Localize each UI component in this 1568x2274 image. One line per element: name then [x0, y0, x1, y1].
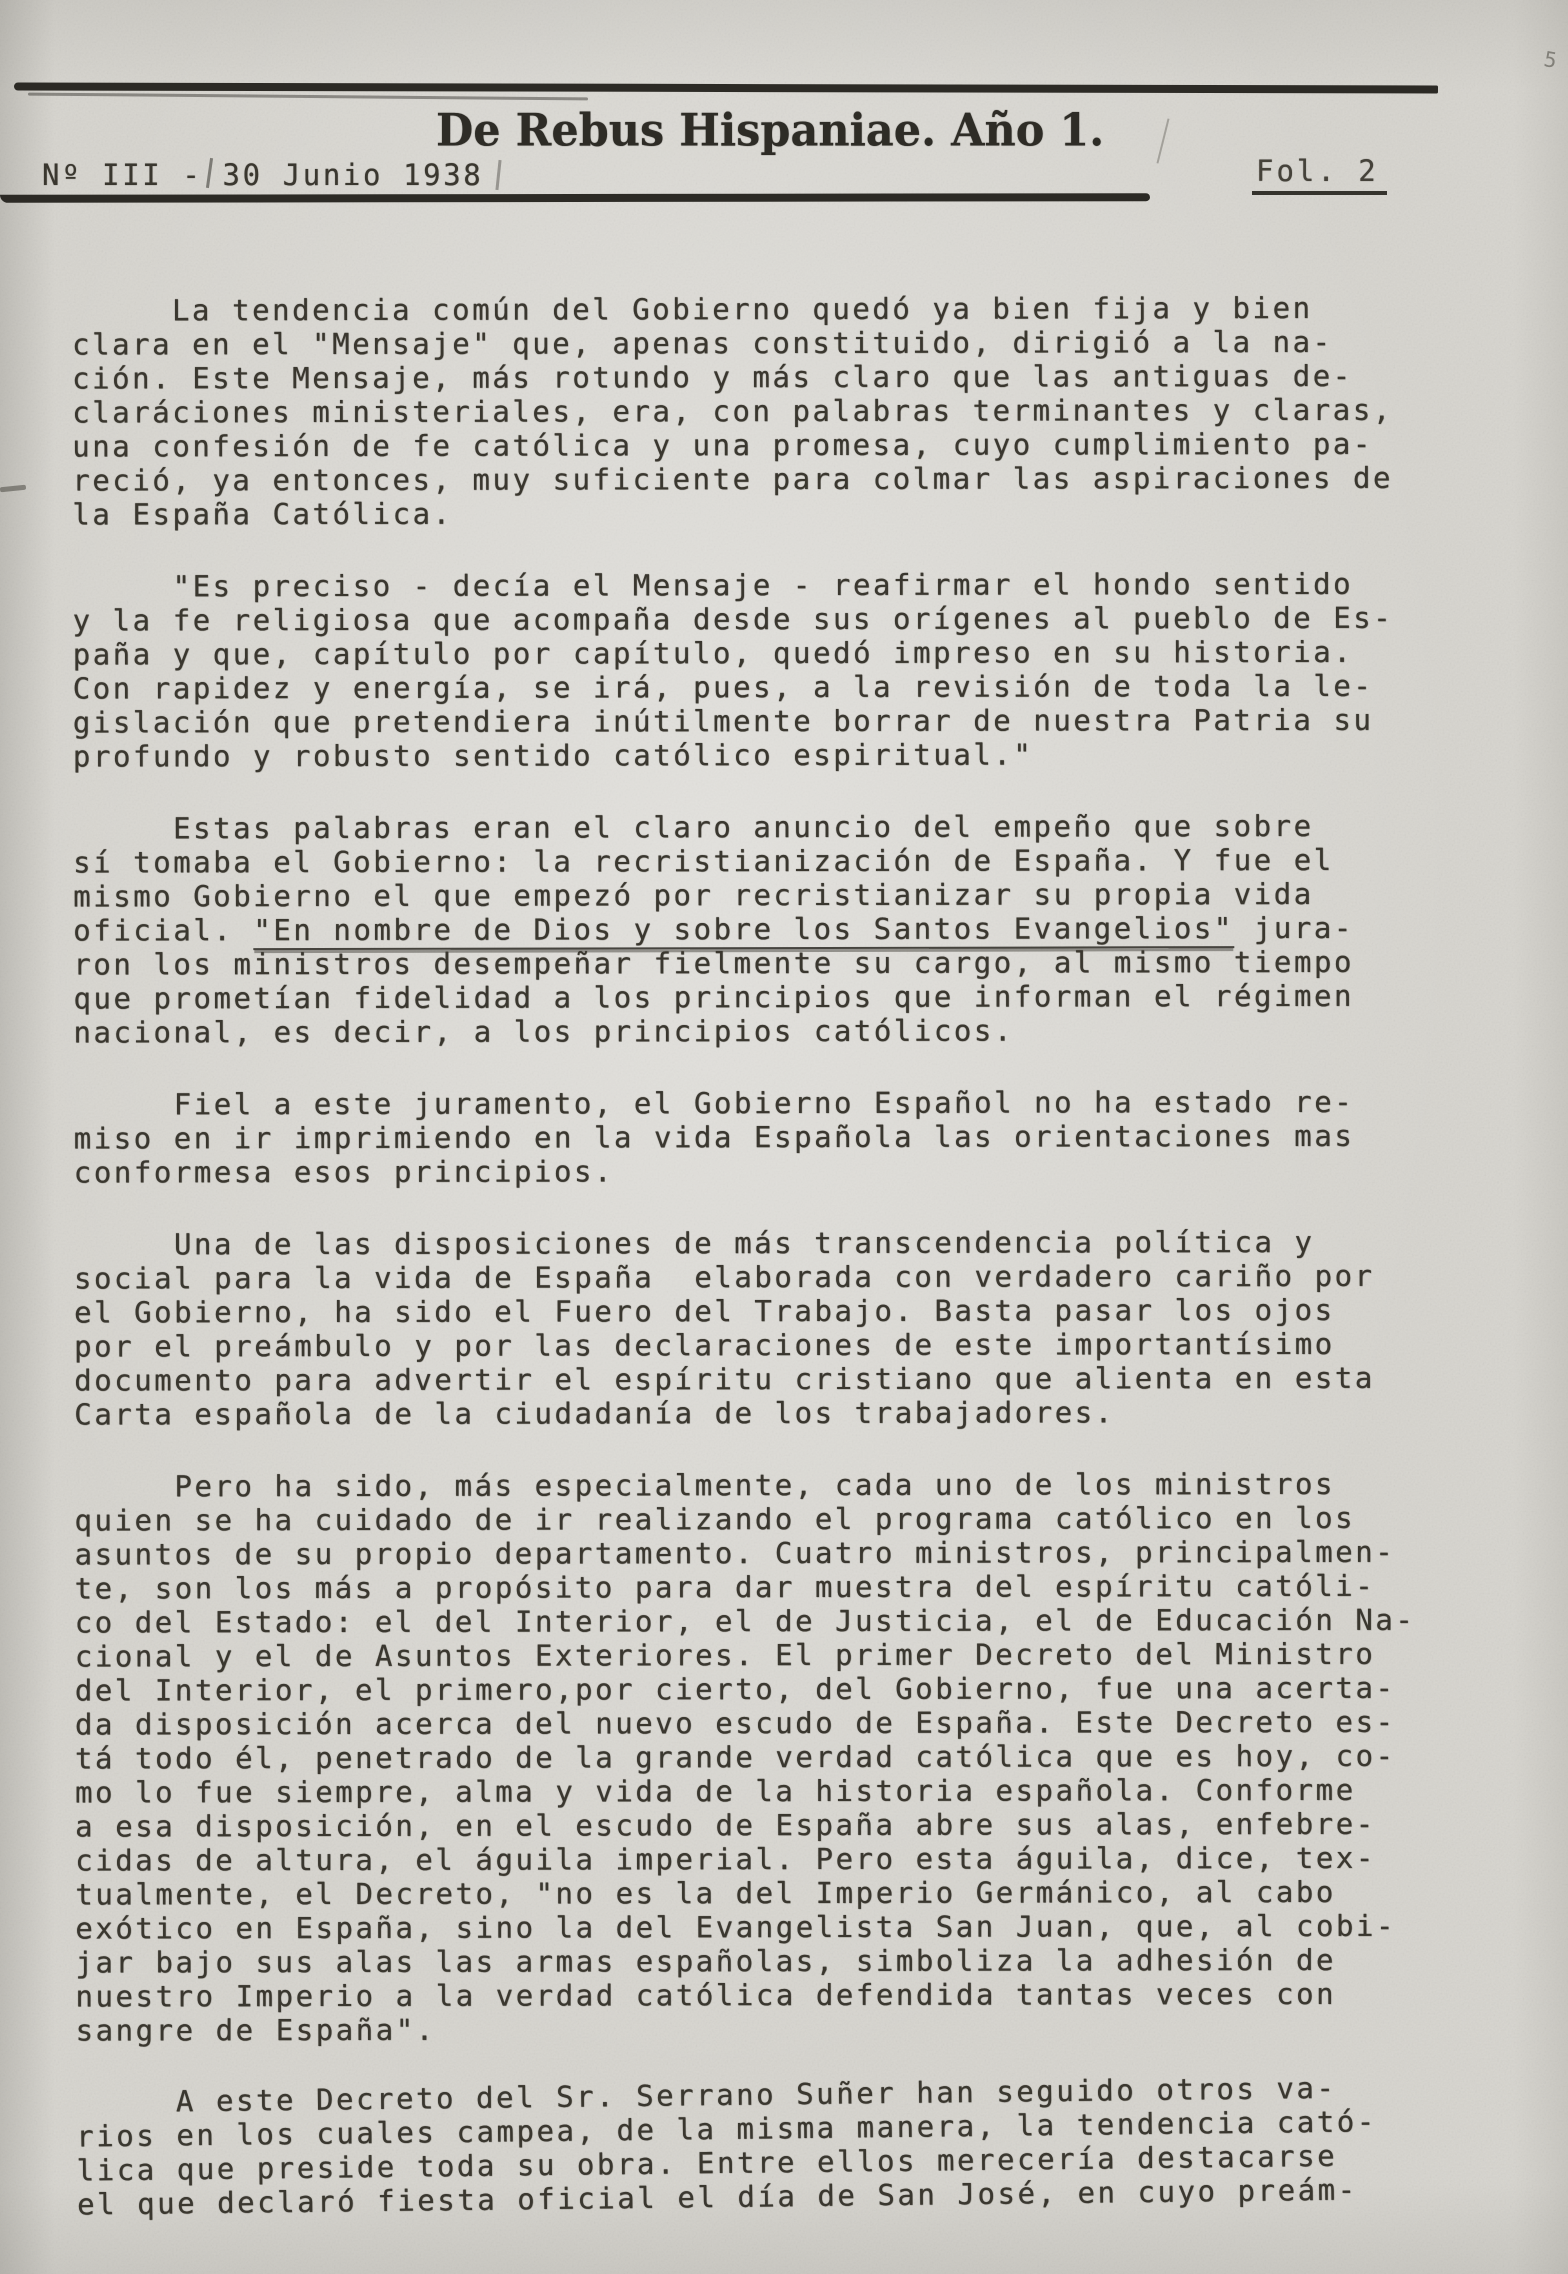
top-border-rule-echo: [28, 93, 588, 101]
text-line: clara en el "Mensaje" que, apenas consti…: [72, 324, 1547, 361]
paragraph: A este Decreto del Sr. Serrano Suñer han…: [76, 2068, 1552, 2221]
document-body: La tendencia común del Gobierno quedó ya…: [72, 290, 1551, 2259]
text-line: te, son los más a propósito para dar mue…: [75, 1568, 1550, 1605]
text-line: sí tomaba el Gobierno: la recristianizac…: [73, 842, 1548, 879]
text-line: co del Estado: el del Interior, el de Ju…: [75, 1602, 1550, 1639]
text-line: paña y que, capítulo por capítulo, quedó…: [73, 634, 1548, 671]
header-divider-rule: [0, 193, 1150, 203]
text-line: tualmente, el Decreto, "no es la del Imp…: [75, 1874, 1550, 1911]
top-border-rule: [14, 83, 1438, 94]
scanned-document-page: De Rebus Hispaniae. Año 1. Nº III - 30 J…: [0, 0, 1568, 2274]
scan-artifact: [1156, 118, 1169, 163]
text-line: jar bajo sus alas las armas españolas, s…: [75, 1942, 1550, 1979]
text-line: tá todo él, penetrado de la grande verda…: [75, 1738, 1550, 1775]
text-line: Una de las disposiciones de más transcen…: [74, 1224, 1549, 1261]
text-line: el Gobierno, ha sido el Fuero del Trabaj…: [74, 1292, 1549, 1329]
text-line: miso en ir imprimiendo en la vida Españo…: [74, 1118, 1549, 1155]
paragraph: Una de las disposiciones de más transcen…: [74, 1224, 1549, 1431]
text-line: cional y el de Asuntos Exteriores. El pr…: [75, 1636, 1550, 1673]
overstrike-mark: [495, 160, 501, 190]
text-line: reció, ya entonces, muy suficiente para …: [72, 460, 1547, 497]
text-line: por el preámbulo y por las declaraciones…: [74, 1326, 1549, 1363]
paragraph: Pero ha sido, más especialmente, cada un…: [74, 1466, 1550, 2047]
masthead-title: De Rebus Hispaniae. Año 1.: [436, 105, 1104, 157]
text-line: "Es preciso - decía el Mensaje - reafirm…: [73, 566, 1548, 603]
text-line: asuntos de su propio departamento. Cuatr…: [75, 1534, 1550, 1571]
text-line: ron los ministros desempeñar fielmente s…: [73, 944, 1548, 981]
text-line: del Interior, el primero,por cierto, del…: [75, 1670, 1550, 1707]
text-line: quien se ha cuidado de ir realizando el …: [74, 1500, 1549, 1537]
text-line: Con rapidez y energía, se irá, pues, a l…: [73, 668, 1548, 705]
scan-smudge: [0, 485, 26, 493]
text-line: nacional, es decir, a los principios cat…: [73, 1012, 1548, 1049]
text-line: conformesa esos principios.: [74, 1152, 1549, 1189]
text-line: y la fe religiosa que acompaña desde sus…: [73, 600, 1548, 637]
text-line: Fiel a este juramento, el Gobierno Españ…: [74, 1084, 1549, 1121]
text-line: nuestro Imperio a la verdad católica def…: [75, 1976, 1550, 2013]
text-line: da disposición acerca del nuevo escudo d…: [75, 1704, 1550, 1741]
text-line: Carta española de la ciudadanía de los t…: [74, 1394, 1549, 1431]
text-line: claráciones ministeriales, era, con pala…: [72, 392, 1547, 429]
paragraph: Estas palabras eran el claro anuncio del…: [73, 808, 1548, 1049]
text-line: social para la vida de España elaborada …: [74, 1258, 1549, 1295]
text-line: oficial. "En nombre de Dios y sobre los …: [73, 910, 1548, 947]
folio-number: Fol. 2: [1252, 154, 1387, 195]
text-line: sangre de España".: [76, 2010, 1551, 2047]
text-line: Pero ha sido, más especialmente, cada un…: [74, 1466, 1549, 1503]
text-line: documento para advertir el espíritu cris…: [74, 1360, 1549, 1397]
text-line: a esa disposición, en el escudo de Españ…: [75, 1806, 1550, 1843]
paragraph: Fiel a este juramento, el Gobierno Españ…: [74, 1084, 1549, 1189]
paragraph: La tendencia común del Gobierno quedó ya…: [72, 290, 1547, 531]
text-line: gislación que pretendiera inútilmente bo…: [73, 702, 1548, 739]
text-line: La tendencia común del Gobierno quedó ya…: [72, 290, 1547, 327]
paragraph: "Es preciso - decía el Mensaje - reafirm…: [73, 566, 1548, 773]
text-line: profundo y robusto sentido católico espi…: [73, 736, 1548, 773]
text-line: cidas de altura, el águila imperial. Per…: [75, 1840, 1550, 1877]
text-line: que prometían fidelidad a los principios…: [73, 978, 1548, 1015]
text-line: la España Católica.: [72, 494, 1547, 531]
text-line: una confesión de fe católica y una prome…: [72, 426, 1547, 463]
text-line: ción. Este Mensaje, más rotundo y más cl…: [72, 358, 1547, 395]
issue-date-line: Nº III - 30 Junio 1938: [42, 158, 483, 192]
text-line: mo lo fue siempre, alma y vida de la his…: [75, 1772, 1550, 1809]
text-line: Estas palabras eran el claro anuncio del…: [73, 808, 1548, 845]
text-line: mismo Gobierno el que empezó por recrist…: [73, 876, 1548, 913]
corner-pencil-mark: 5: [1542, 47, 1559, 73]
text-line: exótico en España, sino la del Evangelis…: [75, 1908, 1550, 1945]
underlined-phrase: "En nombre de Dios y sobre los Santos Ev…: [253, 911, 1234, 950]
